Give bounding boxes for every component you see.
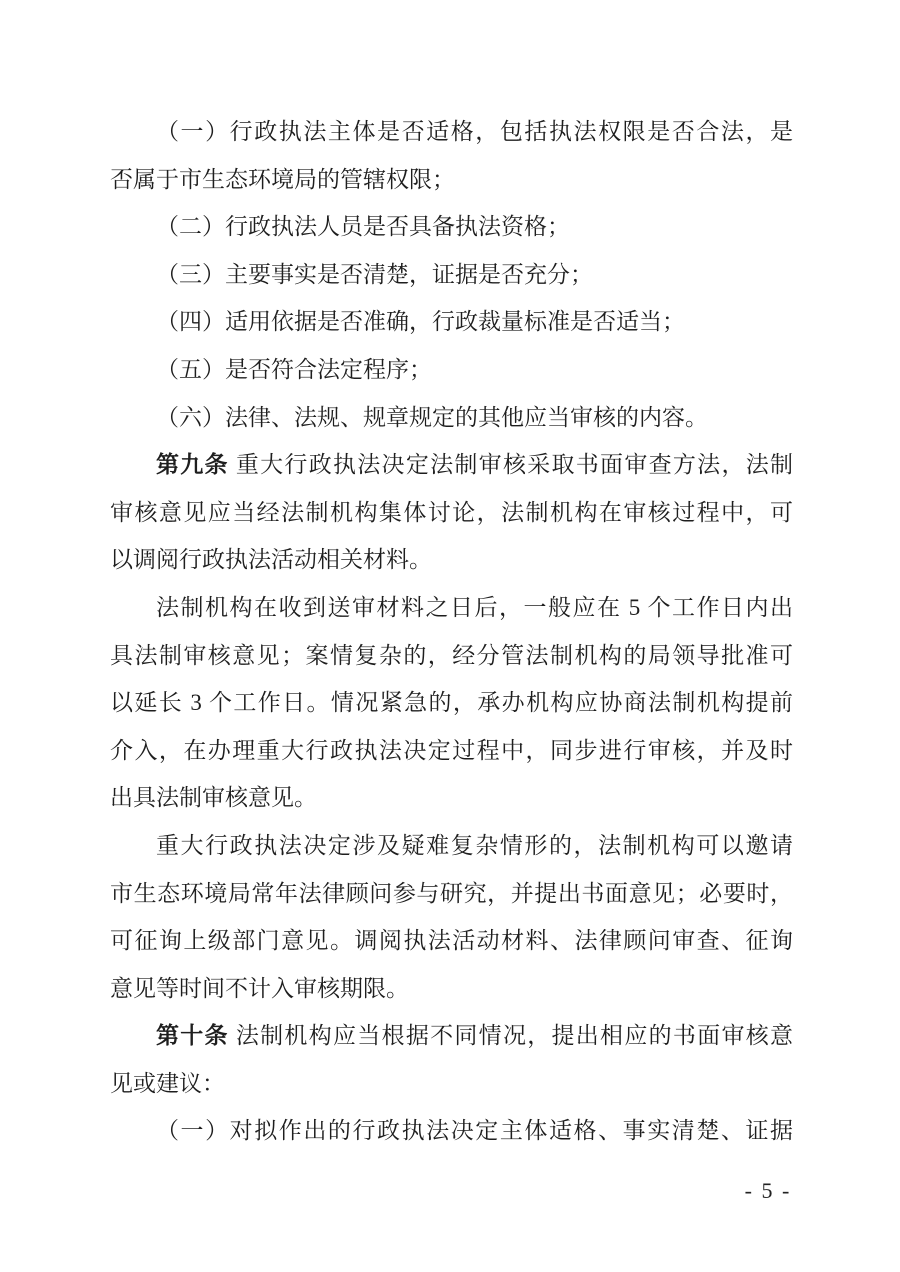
article-10-line-2: 见或建议： [110,1060,793,1108]
article-9-line-3: 以调阅行政执法活动相关材料。 [110,536,793,584]
list-item-2: （二）行政执法人员是否具备执法资格； [110,203,793,251]
line-text: 具法制审核意见；案情复杂的，经分管法制机构的局领导批准可 [110,643,793,668]
document-body-text: （一）行政执法主体是否适格，包括执法权限是否合法，是 否属于市生态环境局的管辖权… [110,108,793,1155]
article-9-para-3-line-4: 意见等时间不计入审核期限。 [110,965,793,1013]
article-10-line-1: 第十条 法制机构应当根据不同情况，提出相应的书面审核意 [110,1012,793,1060]
line-text: 法制机构应当根据不同情况，提出相应的书面审核意 [229,1023,793,1048]
line-text: （四）适用依据是否准确，行政裁量标准是否适当； [156,309,685,334]
list-item-4: （四）适用依据是否准确，行政裁量标准是否适当； [110,298,793,346]
line-text: （一）行政执法主体是否适格，包括执法权限是否合法，是 [156,119,793,144]
article-9-number: 第九条 [156,452,229,477]
line-text: （二）行政执法人员是否具备执法资格； [156,214,570,239]
article-10-item-1-line-1: （一）对拟作出的行政执法决定主体适格、事实清楚、证据 [110,1107,793,1155]
list-item-3: （三）主要事实是否清楚，证据是否充分； [110,251,793,299]
line-text: 介入，在办理重大行政执法决定过程中，同步进行审核，并及时 [110,738,793,763]
article-9-line-2: 审核意见应当经法制机构集体讨论，法制机构在审核过程中，可 [110,489,793,537]
line-text: 重大行政执法决定涉及疑难复杂情形的，法制机构可以邀请 [156,833,793,858]
article-9-para-2-line-5: 出具法制审核意见。 [110,774,793,822]
article-9-para-3-line-1: 重大行政执法决定涉及疑难复杂情形的，法制机构可以邀请 [110,822,793,870]
line-text: （六）法律、法规、规章规定的其他应当审核的内容。 [156,405,708,430]
line-text: 见或建议： [110,1071,225,1096]
list-item-6: （六）法律、法规、规章规定的其他应当审核的内容。 [110,394,793,442]
article-9-para-2-line-4: 介入，在办理重大行政执法决定过程中，同步进行审核，并及时 [110,727,793,775]
line-text: 重大行政执法决定法制审核采取书面审查方法，法制 [229,452,793,477]
line-text: （五）是否符合法定程序； [156,357,432,382]
list-item-1-line-1: （一）行政执法主体是否适格，包括执法权限是否合法，是 [110,108,793,156]
line-text: 审核意见应当经法制机构集体讨论，法制机构在审核过程中，可 [110,500,793,525]
line-text: 以延长 3 个工作日。情况紧急的，承办机构应协商法制机构提前 [110,690,793,715]
list-item-1-line-2: 否属于市生态环境局的管辖权限； [110,156,793,204]
article-9-para-3-line-2: 市生态环境局常年法律顾问参与研究，并提出书面意见；必要时， [110,870,793,918]
line-text: 意见等时间不计入审核期限。 [110,976,409,1001]
line-text: 可征询上级部门意见。调阅执法活动材料、法律顾问审查、征询 [110,928,793,953]
line-text: （一）对拟作出的行政执法决定主体适格、事实清楚、证据 [156,1118,793,1143]
line-text: 否属于市生态环境局的管辖权限； [110,167,455,192]
article-9-line-1: 第九条 重大行政执法决定法制审核采取书面审查方法，法制 [110,441,793,489]
line-text: 以调阅行政执法活动相关材料。 [110,547,432,572]
line-text: 出具法制审核意见。 [110,785,317,810]
line-text: （三）主要事实是否清楚，证据是否充分； [156,262,593,287]
line-text: 法制机构在收到送审材料之日后，一般应在 5 个工作日内出 [156,595,793,620]
list-item-5: （五）是否符合法定程序； [110,346,793,394]
page-number: - 5 - [733,1178,803,1204]
article-9-para-2-line-2: 具法制审核意见；案情复杂的，经分管法制机构的局领导批准可 [110,632,793,680]
article-10-number: 第十条 [156,1023,229,1048]
document-page: （一）行政执法主体是否适格，包括执法权限是否合法，是 否属于市生态环境局的管辖权… [0,0,900,1272]
article-9-para-2-line-3: 以延长 3 个工作日。情况紧急的，承办机构应协商法制机构提前 [110,679,793,727]
line-text: 市生态环境局常年法律顾问参与研究，并提出书面意见；必要时， [110,881,793,906]
article-9-para-2-line-1: 法制机构在收到送审材料之日后，一般应在 5 个工作日内出 [110,584,793,632]
article-9-para-3-line-3: 可征询上级部门意见。调阅执法活动材料、法律顾问审查、征询 [110,917,793,965]
